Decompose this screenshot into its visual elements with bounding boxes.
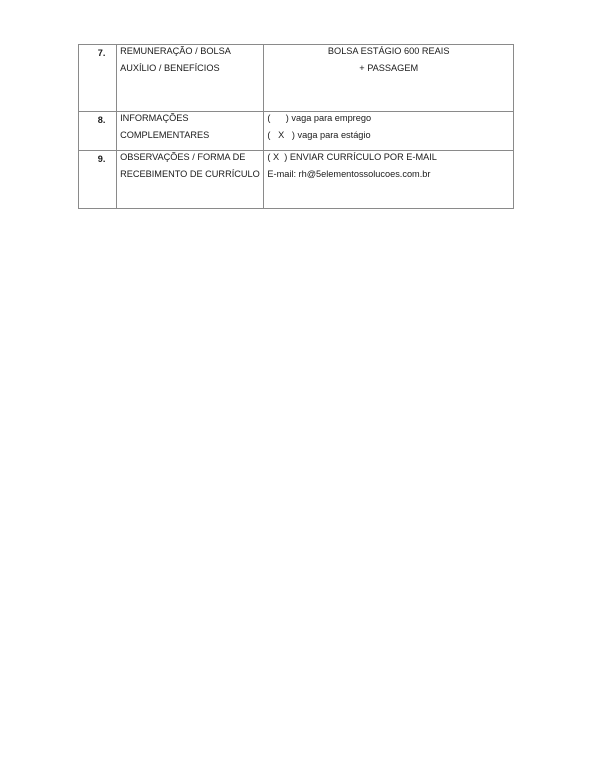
row-value: ( ) vaga para emprego ( X ) vaga para es… bbox=[264, 112, 514, 151]
value-line: BOLSA ESTÁGIO 600 REAIS bbox=[264, 45, 513, 62]
internship-option: ( X ) vaga para estágio bbox=[264, 129, 513, 146]
label-line: COMPLEMENTARES bbox=[117, 129, 263, 146]
job-info-table: 7. REMUNERAÇÃO / BOLSA AUXÍLIO / BENEFÍC… bbox=[78, 44, 514, 209]
row-label: REMUNERAÇÃO / BOLSA AUXÍLIO / BENEFÍCIOS bbox=[117, 45, 264, 112]
row-number-text: 8. bbox=[79, 114, 116, 126]
row-number-text: 7. bbox=[79, 47, 116, 59]
row-label: OBSERVAÇÕES / FORMA DE RECEBIMENTO DE CU… bbox=[117, 151, 264, 209]
row-label: INFORMAÇÕES COMPLEMENTARES bbox=[117, 112, 264, 151]
row-number-text: 9. bbox=[79, 153, 116, 165]
label-line: OBSERVAÇÕES / FORMA DE bbox=[117, 151, 263, 168]
row-number: 9. bbox=[79, 151, 117, 209]
employment-option: ( ) vaga para emprego bbox=[264, 112, 513, 129]
row-value: BOLSA ESTÁGIO 600 REAIS + PASSAGEM bbox=[264, 45, 514, 112]
value-line: + PASSAGEM bbox=[264, 62, 513, 79]
label-line: REMUNERAÇÃO / BOLSA bbox=[117, 45, 263, 62]
label-line: AUXÍLIO / BENEFÍCIOS bbox=[117, 62, 263, 79]
row-number: 7. bbox=[79, 45, 117, 112]
row-number: 8. bbox=[79, 112, 117, 151]
table-row-observations: 9. OBSERVAÇÕES / FORMA DE RECEBIMENTO DE… bbox=[79, 151, 514, 209]
table-row-additional-info: 8. INFORMAÇÕES COMPLEMENTARES ( ) vaga p… bbox=[79, 112, 514, 151]
row-value: ( X ) ENVIAR CURRÍCULO POR E-MAIL E-mail… bbox=[264, 151, 514, 209]
label-line: RECEBIMENTO DE CURRÍCULO bbox=[117, 168, 263, 185]
send-cv-option: ( X ) ENVIAR CURRÍCULO POR E-MAIL bbox=[264, 151, 513, 168]
table-row-remuneration: 7. REMUNERAÇÃO / BOLSA AUXÍLIO / BENEFÍC… bbox=[79, 45, 514, 112]
label-line: INFORMAÇÕES bbox=[117, 112, 263, 129]
contact-email: E-mail: rh@5elementossolucoes.com.br bbox=[264, 168, 513, 185]
